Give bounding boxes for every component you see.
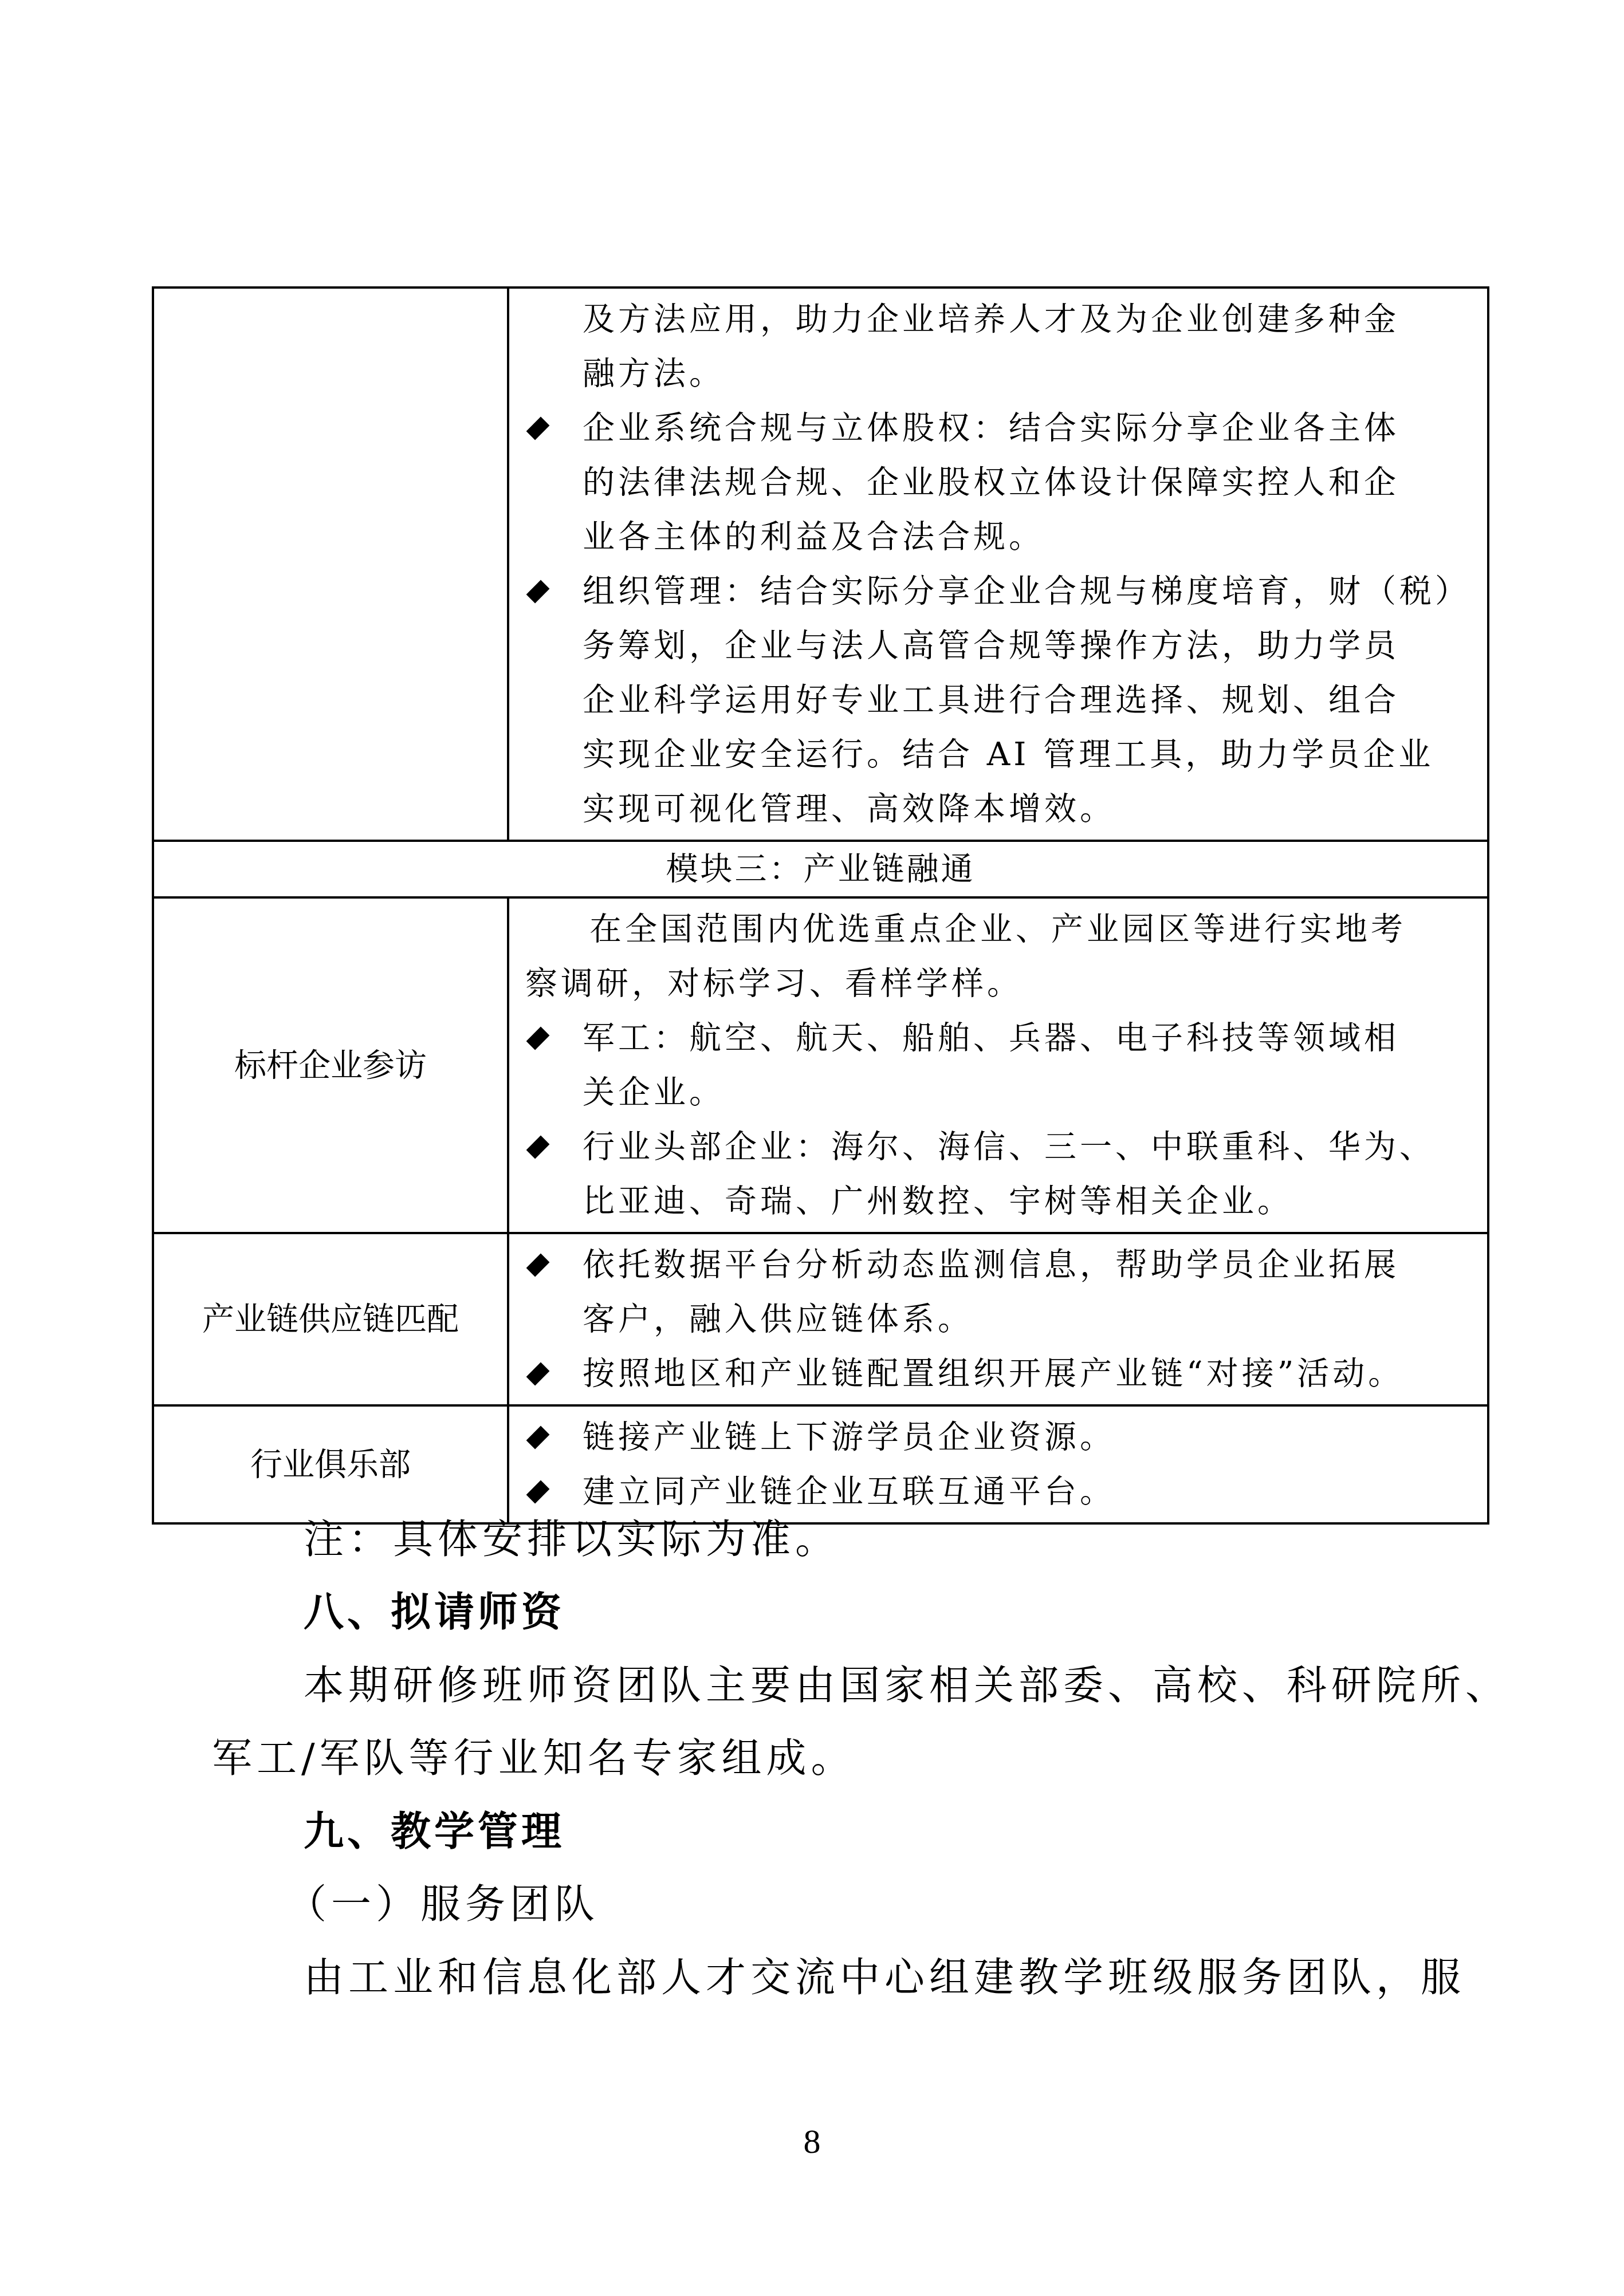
bullet-text: 实现可视化管理、高效降本增效。 bbox=[583, 782, 1471, 836]
section-8-paragraph-line-2: 军工/军队等行业知名专家组成。 bbox=[212, 1722, 856, 1795]
module-header: 模块三：产业链融通 bbox=[153, 841, 1488, 897]
section-9-subheading: （一）服务团队 bbox=[286, 1868, 599, 1941]
bullet-text: 的法律法规合规、企业股权立体设计保障实控人和企 bbox=[583, 455, 1471, 510]
table-note: 注：具体安排以实际为准。 bbox=[304, 1503, 840, 1576]
section-8-heading: 八、拟请师资 bbox=[304, 1576, 565, 1649]
bullet-text: 业各主体的利益及合法合规。 bbox=[583, 510, 1471, 564]
bullet-item: 企业系统合规与立体股权：结合实际分享企业各主体 的法律法规合规、企业股权立体设计… bbox=[525, 401, 1471, 564]
section-8-paragraph-line-1: 本期研修班师资团队主要由国家相关部委、高校、科研院所、 bbox=[304, 1649, 1510, 1722]
table-row: 及方法应用，助力企业培养人才及为企业创建多种金 融方法。 企业系统合规与立体股权… bbox=[153, 288, 1488, 841]
bullet-item: 军工：航空、航天、船舶、兵器、电子科技等领域相 关企业。 bbox=[525, 1011, 1471, 1120]
bullet-text: 比亚迪、奇瑞、广州数控、宇树等相关企业。 bbox=[583, 1174, 1471, 1228]
bullet-item: 按照地区和产业链配置组织开展产业链“对接”活动。 bbox=[525, 1346, 1471, 1401]
bullet-item: 链接产业链上下游学员企业资源。 bbox=[525, 1410, 1471, 1464]
bullet-text: 按照地区和产业链配置组织开展产业链“对接”活动。 bbox=[583, 1346, 1471, 1401]
bullet-item: 依托数据平台分析动态监测信息，帮助学员企业拓展 客户，融入供应链体系。 bbox=[525, 1238, 1471, 1346]
bullet-item: 组织管理：结合实际分享企业合规与梯度培育，财（税） 务筹划，企业与法人高管合规等… bbox=[525, 564, 1471, 836]
diamond-bullet-icon bbox=[526, 1482, 549, 1505]
table-cell-content: 依托数据平台分析动态监测信息，帮助学员企业拓展 客户，融入供应链体系。 按照地区… bbox=[508, 1233, 1488, 1405]
row-label-benchmark-visit: 标杆企业参访 bbox=[153, 897, 508, 1233]
bullet-text: 军工：航空、航天、船舶、兵器、电子科技等领域相 bbox=[583, 1011, 1471, 1065]
bullet-text: 客户，融入供应链体系。 bbox=[583, 1292, 1471, 1346]
diamond-bullet-icon bbox=[526, 581, 549, 604]
bullet-text: 实现企业安全运行。结合 AI 管理工具，助力学员企业 bbox=[583, 727, 1471, 782]
curriculum-table: 及方法应用，助力企业培养人才及为企业创建多种金 融方法。 企业系统合规与立体股权… bbox=[152, 286, 1489, 1525]
continuation-line: 融方法。 bbox=[525, 346, 1471, 401]
bullet-text: 行业头部企业：海尔、海信、三一、中联重科、华为、 bbox=[583, 1120, 1471, 1174]
table-cell-left-empty bbox=[153, 288, 508, 841]
bullet-text: 企业科学运用好专业工具进行合理选择、规划、组合 bbox=[583, 673, 1471, 727]
diamond-bullet-icon bbox=[526, 1255, 549, 1278]
bullet-text: 组织管理：结合实际分享企业合规与梯度培育，财（税） bbox=[583, 564, 1471, 619]
bullet-text: 务筹划，企业与法人高管合规等操作方法，助力学员 bbox=[583, 619, 1471, 673]
intro-text: 察调研，对标学习、看样学样。 bbox=[525, 956, 1471, 1011]
diamond-bullet-icon bbox=[526, 418, 549, 441]
table-row: 标杆企业参访 在全国范围内优选重点企业、产业园区等进行实地考 察调研，对标学习、… bbox=[153, 897, 1488, 1233]
row-label-supply-chain-matching: 产业链供应链匹配 bbox=[153, 1233, 508, 1405]
table-row: 产业链供应链匹配 依托数据平台分析动态监测信息，帮助学员企业拓展 客户，融入供应… bbox=[153, 1233, 1488, 1405]
section-9-heading: 九、教学管理 bbox=[304, 1795, 565, 1868]
continuation-line: 及方法应用，助力企业培养人才及为企业创建多种金 bbox=[525, 292, 1471, 346]
table-cell-content: 在全国范围内优选重点企业、产业园区等进行实地考 察调研，对标学习、看样学样。 军… bbox=[508, 897, 1488, 1233]
diamond-bullet-icon bbox=[526, 1028, 549, 1051]
page-number: 8 bbox=[0, 2122, 1624, 2161]
module-header-row: 模块三：产业链融通 bbox=[153, 841, 1488, 897]
diamond-bullet-icon bbox=[526, 1364, 549, 1387]
table-cell-content: 及方法应用，助力企业培养人才及为企业创建多种金 融方法。 企业系统合规与立体股权… bbox=[508, 288, 1488, 841]
bullet-text: 依托数据平台分析动态监测信息，帮助学员企业拓展 bbox=[583, 1238, 1471, 1292]
section-9-paragraph-line-1: 由工业和信息化部人才交流中心组建教学班级服务团队，服 bbox=[304, 1941, 1465, 2014]
bullet-text: 关企业。 bbox=[583, 1065, 1471, 1120]
diamond-bullet-icon bbox=[526, 1137, 549, 1160]
bullet-item: 行业头部企业：海尔、海信、三一、中联重科、华为、 比亚迪、奇瑞、广州数控、宇树等… bbox=[525, 1120, 1471, 1228]
diamond-bullet-icon bbox=[526, 1427, 549, 1450]
bullet-text: 企业系统合规与立体股权：结合实际分享企业各主体 bbox=[583, 401, 1471, 455]
intro-text: 在全国范围内优选重点企业、产业园区等进行实地考 bbox=[525, 902, 1471, 956]
bullet-text: 链接产业链上下游学员企业资源。 bbox=[583, 1410, 1471, 1464]
